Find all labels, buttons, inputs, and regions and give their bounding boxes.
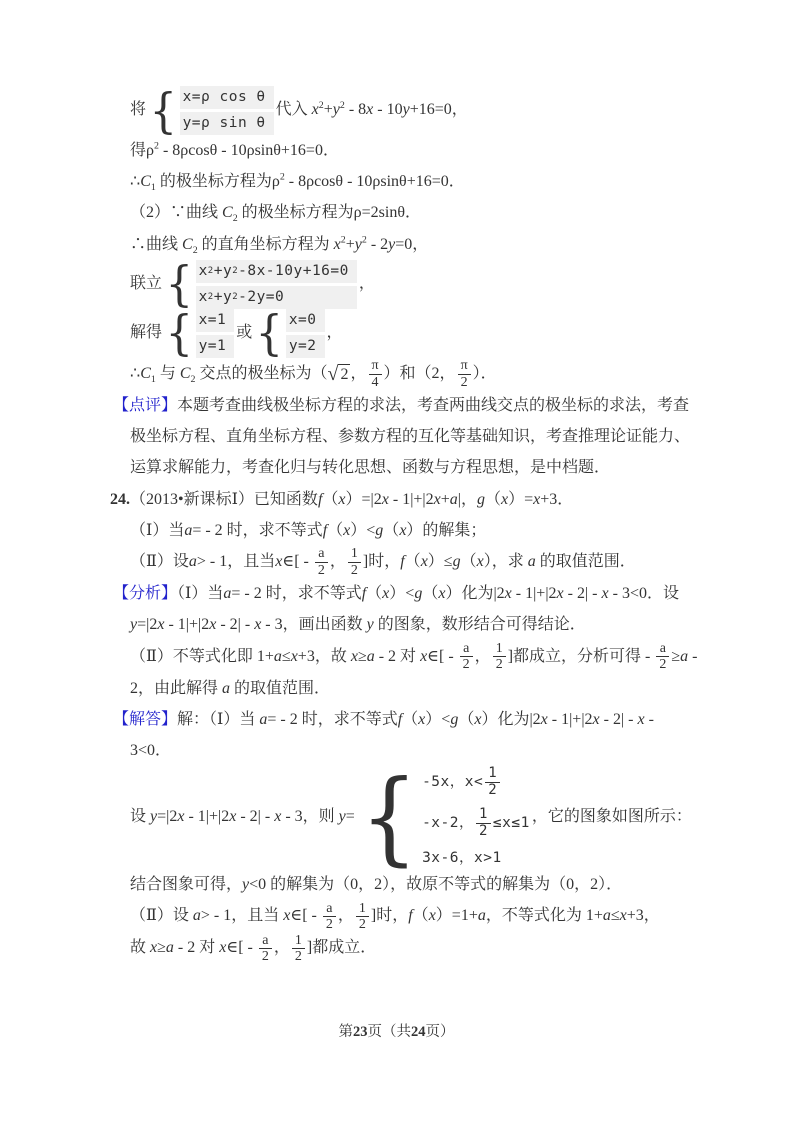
text-run: x=0 bbox=[289, 310, 317, 331]
text-run: = - 2 时，求不等式 bbox=[267, 711, 397, 728]
text-run: |， bbox=[458, 491, 477, 508]
text-run: ∴曲线 bbox=[130, 236, 182, 253]
text-run: y=ρ sin θ bbox=[183, 113, 266, 134]
fraction-denominator: 2 bbox=[656, 656, 669, 672]
text-run: +3， bbox=[627, 907, 660, 924]
system-rows: x=ρ cos θy=ρ sin θ bbox=[180, 86, 274, 135]
text-run: > - 1，且当 bbox=[197, 553, 275, 570]
text-run: ）化为|2 bbox=[445, 585, 504, 602]
text-run: ]时， bbox=[371, 907, 408, 924]
text-run: - 1|+|2 bbox=[548, 711, 593, 728]
line-rho-equation: 得ρ2 - 8ρcosθ - 10ρsinθ+16=0． bbox=[130, 135, 698, 166]
math-variable: a bbox=[478, 907, 486, 924]
text-run: 的极坐标方程为ρ bbox=[156, 173, 280, 190]
fraction: 12 bbox=[485, 766, 500, 798]
math-variable: a bbox=[680, 648, 688, 665]
text-run: - 8 bbox=[345, 101, 366, 118]
text-run: - 2| - bbox=[236, 808, 274, 825]
text-run: ∈[ - bbox=[290, 907, 321, 924]
line-problem-24: 24.（2013•新课标Ⅰ）已知函数f（x）=|2x - 1|+|2x+a|，g… bbox=[130, 484, 698, 515]
document-page: { "document": { "text_color": "#333333",… bbox=[0, 0, 793, 1122]
text-run: ≥ bbox=[358, 648, 367, 665]
brace-icon: { bbox=[150, 87, 177, 135]
text-run: - 2| - bbox=[216, 616, 254, 633]
math-variable: y bbox=[403, 101, 410, 118]
system-row: -x-2，12≤x≤1 bbox=[422, 807, 530, 839]
text-run: （ bbox=[422, 585, 438, 602]
text-run: （ bbox=[458, 711, 474, 728]
fraction: π4 bbox=[368, 358, 381, 390]
line-c2-rectangular: ∴曲线 C2 的直角坐标方程为 x2+y2 - 2y=0， bbox=[130, 229, 698, 260]
math-variable: a bbox=[166, 939, 174, 956]
text-run: - 1|+|2 bbox=[164, 616, 209, 633]
text-run: ，它的图象如图所示： bbox=[532, 808, 692, 825]
text-run: y=2 bbox=[289, 336, 317, 357]
text-run: - 8ρcosθ - 10ρsinθ+16=0． bbox=[285, 173, 465, 190]
math-variable: y bbox=[355, 236, 362, 253]
text-run: ， bbox=[350, 365, 366, 382]
system-rows: -5x，x<12-x-2，12≤x≤13x-6，x>1 bbox=[422, 766, 530, 869]
fraction-numerator: π bbox=[458, 358, 471, 373]
text-run: - 2 对 bbox=[375, 648, 420, 665]
text-run: 结合图象可得， bbox=[130, 876, 242, 893]
text-run: （ bbox=[405, 553, 421, 570]
system-row: y=ρ sin θ bbox=[180, 112, 274, 135]
line-question-2: （Ⅱ）设a> - 1，且当x∈[ - a2，12]时，f（x）≤g（x），求 a… bbox=[130, 546, 698, 578]
text-run: ）< bbox=[350, 522, 375, 539]
fraction-denominator: 2 bbox=[323, 916, 336, 932]
text-run: ≤ bbox=[611, 907, 620, 924]
fraction: 12 bbox=[348, 546, 361, 578]
text-run: - 1|+|2 bbox=[389, 491, 434, 508]
text-run: ≥ bbox=[671, 648, 680, 665]
text-run: - 3，则 bbox=[281, 808, 338, 825]
footer-text: 页） bbox=[426, 1024, 455, 1040]
system-row: y=2 bbox=[286, 335, 325, 358]
fraction-denominator: 2 bbox=[315, 562, 328, 578]
fraction-denominator: 2 bbox=[292, 948, 305, 964]
text-run: ， bbox=[359, 275, 375, 292]
math-variable: g bbox=[453, 553, 461, 570]
fraction-numerator: 1 bbox=[493, 641, 506, 656]
math-variable: a bbox=[450, 491, 458, 508]
system-row: x=ρ cos θ bbox=[180, 86, 274, 109]
text-run: =|2 bbox=[157, 808, 177, 825]
text-run: ）化为|2 bbox=[481, 711, 540, 728]
text-run: ， bbox=[327, 324, 343, 341]
fraction-numerator: a bbox=[460, 641, 472, 656]
line-piecewise-function: 设 y=|2x - 1|+|2x - 2| - x - 3，则 y={-5x，x… bbox=[130, 766, 698, 869]
text-run: + bbox=[346, 236, 355, 253]
text-run: -8x-10y+16=0 bbox=[238, 261, 349, 282]
footer-page-number: 23 bbox=[353, 1024, 368, 1040]
math-variable: g bbox=[477, 491, 485, 508]
math-variable: a bbox=[274, 648, 282, 665]
text-run: 的图象，数形结合可得结论． bbox=[374, 616, 586, 633]
fraction-numerator: a bbox=[323, 901, 335, 916]
text-run: 解得 bbox=[130, 324, 162, 341]
text-run: ）< bbox=[389, 585, 414, 602]
text-run: + bbox=[441, 491, 450, 508]
brace-icon: { bbox=[256, 309, 283, 357]
text-run: ， bbox=[274, 939, 290, 956]
text-run: =0， bbox=[395, 236, 428, 253]
equation-system: {-5x，x<12-x-2，12≤x≤13x-6，x>1 bbox=[357, 766, 530, 869]
text-run: = bbox=[346, 808, 355, 825]
math-variable: x bbox=[541, 711, 548, 728]
math-variable: x bbox=[593, 711, 600, 728]
text-run: （ bbox=[485, 491, 501, 508]
para-analysis-1: 【分析】（Ⅰ）当a= - 2 时，求不等式f（x）<g（x）化为|2x - 1|… bbox=[130, 578, 698, 640]
line-substitution: 将{x=ρ cos θy=ρ sin θ代入 x2+y2 - 8x - 10y+… bbox=[130, 86, 698, 135]
radical-icon: √ bbox=[327, 364, 338, 385]
text-run: 得ρ bbox=[130, 142, 154, 159]
fraction: 12 bbox=[292, 933, 305, 965]
fraction-numerator: π bbox=[368, 358, 381, 373]
text-run: -x-2， bbox=[422, 813, 474, 834]
section-tag: 【分析】 bbox=[113, 585, 177, 602]
text-run: - 8ρcosθ - 10ρsinθ+16=0． bbox=[159, 142, 339, 159]
line-simultaneous-system: 联立{x2+y2-8x-10y+16=0x2+y2-2y=0， bbox=[130, 260, 698, 309]
text-run: 设 bbox=[130, 808, 150, 825]
fraction-denominator: 2 bbox=[485, 782, 500, 798]
text-run: （ bbox=[413, 907, 429, 924]
math-variable: a bbox=[222, 680, 230, 697]
text-run: ≤ bbox=[282, 648, 291, 665]
text-run: ∴ bbox=[130, 365, 140, 382]
text-run: ]都成立，分析可得 - bbox=[508, 648, 655, 665]
text-run: x bbox=[199, 287, 208, 308]
text-run: ）≤ bbox=[428, 553, 453, 570]
text-run: <0 的解集为（0，2），故原不等式的解集为（0，2）． bbox=[249, 876, 622, 893]
math-variable: C bbox=[140, 173, 151, 190]
text-run: - 2| - bbox=[600, 711, 638, 728]
text-run: = - 2 时，求不等式 bbox=[231, 585, 361, 602]
text-run: （ bbox=[461, 553, 477, 570]
math-variable: x bbox=[429, 907, 436, 924]
text-run: +y bbox=[214, 261, 232, 282]
system-row: x=0 bbox=[286, 309, 325, 332]
math-variable: y bbox=[367, 616, 374, 633]
equation-system: {x=1y=1 bbox=[164, 309, 234, 358]
fraction-numerator: a bbox=[259, 933, 271, 948]
math-variable: x bbox=[312, 101, 319, 118]
text-run: ）的解集； bbox=[406, 522, 486, 539]
math-variable: a bbox=[367, 648, 375, 665]
line-solutions: 解得{x=1y=1或{x=0y=2， bbox=[130, 309, 698, 358]
math-variable: x bbox=[620, 907, 627, 924]
system-row: 3x-6，x>1 bbox=[422, 848, 530, 869]
fraction: a2 bbox=[315, 546, 328, 578]
text-run: - 2| - bbox=[564, 585, 602, 602]
text-run: > - 1，且当 bbox=[201, 907, 283, 924]
fraction-numerator: 1 bbox=[348, 546, 361, 561]
text-run: - 3，画出函数 bbox=[261, 616, 366, 633]
equation-system: {x2+y2-8x-10y+16=0x2+y2-2y=0 bbox=[164, 260, 357, 309]
text-run: 与 bbox=[156, 365, 180, 382]
text-run: 的直角坐标方程为 bbox=[198, 236, 334, 253]
fraction: 12 bbox=[493, 641, 506, 673]
footer-page-number: 24 bbox=[411, 1024, 426, 1040]
text-run: + bbox=[324, 101, 333, 118]
math-variable: x bbox=[434, 491, 441, 508]
text-run: 解：（Ⅰ）当 bbox=[177, 711, 259, 728]
text-run: ∈[ - bbox=[427, 648, 458, 665]
text-run: ∴ bbox=[130, 173, 140, 190]
text-run: ）和（2， bbox=[384, 365, 456, 382]
math-variable: x bbox=[638, 711, 645, 728]
fraction-denominator: 2 bbox=[460, 656, 473, 672]
square-root: √2 bbox=[327, 364, 350, 385]
line-c1-polar-equation: ∴C1 的极坐标方程为ρ2 - 8ρcosθ - 10ρsinθ+16=0． bbox=[130, 166, 698, 197]
text-run: ， bbox=[330, 553, 346, 570]
bold-text: 24. bbox=[110, 491, 130, 508]
fraction: 12 bbox=[356, 901, 369, 933]
text-run: （ bbox=[383, 522, 399, 539]
math-variable: C bbox=[182, 236, 193, 253]
fraction-denominator: 2 bbox=[348, 562, 361, 578]
text-run: = - 2 时，求不等式 bbox=[192, 522, 322, 539]
equation-system: {x=ρ cos θy=ρ sin θ bbox=[148, 86, 274, 135]
math-variable: C bbox=[180, 365, 191, 382]
footer-text: 页（共 bbox=[368, 1024, 412, 1040]
text-run: 的取值范围． bbox=[230, 680, 330, 697]
text-run: （Ⅰ）当 bbox=[130, 522, 184, 539]
line-intersection-polar-coords: ∴C1 与 C2 交点的极坐标为（√2，π4）和（2，π2）． bbox=[130, 358, 698, 390]
text-run: +16=0， bbox=[410, 101, 468, 118]
text-run: ）< bbox=[425, 711, 450, 728]
system-row: x=1 bbox=[196, 309, 235, 332]
brace-icon: { bbox=[166, 309, 193, 357]
math-variable: x bbox=[334, 236, 341, 253]
system-row: y=1 bbox=[196, 335, 235, 358]
math-variable: x bbox=[421, 553, 428, 570]
fraction-denominator: 2 bbox=[259, 948, 272, 964]
footer-text: 第 bbox=[339, 1024, 354, 1040]
text-run: - 10 bbox=[373, 101, 402, 118]
text-run: ]时， bbox=[363, 553, 400, 570]
text-run: （Ⅱ）设 bbox=[130, 553, 189, 570]
text-run: ）=1+ bbox=[436, 907, 478, 924]
fraction-denominator: 2 bbox=[458, 374, 471, 390]
fraction-denominator: 2 bbox=[493, 656, 506, 672]
text-run: ，不等式化为 1+ bbox=[486, 907, 603, 924]
fraction-numerator: 1 bbox=[485, 766, 500, 781]
math-variable: x bbox=[557, 585, 564, 602]
page-footer: 第23页（共24页） bbox=[0, 1020, 793, 1041]
fraction: a2 bbox=[656, 641, 669, 673]
text-run: （ bbox=[366, 585, 382, 602]
para-answer-1: 【解答】解：（Ⅰ）当 a= - 2 时，求不等式f（x）<g（x）化为|2x -… bbox=[130, 704, 698, 766]
text-run: 的极坐标方程为ρ=2sinθ． bbox=[238, 204, 421, 221]
system-row: -5x，x<12 bbox=[422, 766, 530, 798]
fraction-numerator: a bbox=[315, 546, 327, 561]
fraction-denominator: 2 bbox=[356, 916, 369, 932]
text-run: 联立 bbox=[130, 275, 162, 292]
math-variable: C bbox=[222, 204, 233, 221]
text-run: ， bbox=[338, 907, 354, 924]
para-answer-2: （Ⅱ）设 a> - 1，且当 x∈[ - a2，12]时，f（x）=1+a，不等… bbox=[130, 900, 698, 932]
system-rows: x2+y2-8x-10y+16=0x2+y2-2y=0 bbox=[196, 260, 357, 309]
text-run: ]都成立． bbox=[307, 939, 376, 956]
document-content: 将{x=ρ cos θy=ρ sin θ代入 x2+y2 - 8x - 10y+… bbox=[0, 0, 793, 965]
text-run: （2）∵曲线 bbox=[130, 204, 222, 221]
math-variable: C bbox=[140, 365, 151, 382]
math-variable: y bbox=[339, 808, 346, 825]
text-run: ）． bbox=[473, 365, 497, 382]
system-rows: x=1y=1 bbox=[196, 309, 235, 358]
text-run: ∈[ - bbox=[282, 553, 313, 570]
math-variable: y bbox=[333, 101, 340, 118]
text-run: +y bbox=[214, 287, 232, 308]
math-variable: x bbox=[338, 491, 345, 508]
text-run: x bbox=[199, 261, 208, 282]
fraction-denominator: 4 bbox=[369, 374, 382, 390]
fraction: π2 bbox=[458, 358, 471, 390]
math-variable: x bbox=[382, 491, 389, 508]
section-tag: 【解答】 bbox=[113, 711, 177, 728]
text-run: +3． bbox=[540, 491, 573, 508]
text-run: （ bbox=[402, 711, 418, 728]
fraction-numerator: 1 bbox=[476, 807, 491, 822]
text-run: -5x，x< bbox=[422, 772, 483, 793]
fraction: 12 bbox=[476, 807, 491, 839]
text-run: 将 bbox=[130, 101, 146, 118]
math-variable: a bbox=[189, 553, 197, 570]
text-run: （ bbox=[327, 522, 343, 539]
fraction-numerator: 1 bbox=[356, 901, 369, 916]
line-question-1: （Ⅰ）当a= - 2 时，求不等式f（x）<g（x）的解集； bbox=[130, 515, 698, 546]
math-variable: a bbox=[528, 553, 536, 570]
fraction: a2 bbox=[460, 641, 473, 673]
text-run: 3x-6，x>1 bbox=[422, 848, 502, 869]
text-run: - 1|+|2 bbox=[184, 808, 229, 825]
brace-icon: { bbox=[166, 260, 193, 308]
equation-system: {x=0y=2 bbox=[254, 309, 324, 358]
text-run: ），求 bbox=[484, 553, 528, 570]
fraction: a2 bbox=[323, 901, 336, 933]
para-comment: 【点评】本题考查曲线极坐标方程的求法，考查两曲线交点的极坐标的求法，考查极坐标方… bbox=[130, 390, 698, 484]
text-run: x=1 bbox=[199, 310, 227, 331]
math-variable: a bbox=[603, 907, 611, 924]
text-run: =|2 bbox=[137, 616, 157, 633]
text-run: y=1 bbox=[199, 336, 227, 357]
text-run: ≤x≤1 bbox=[493, 813, 530, 834]
math-variable: x bbox=[291, 648, 298, 665]
text-run: （Ⅱ）不等式化即 1+ bbox=[130, 648, 274, 665]
line-part2-c2-polar: （2）∵曲线 C2 的极坐标方程为ρ=2sinθ． bbox=[130, 197, 698, 228]
text-run: （Ⅰ）当 bbox=[177, 585, 223, 602]
text-run: 交点的极坐标为（ bbox=[195, 365, 327, 382]
brace-icon: { bbox=[360, 767, 418, 868]
text-run: ）= bbox=[508, 491, 533, 508]
text-run: ≥ bbox=[157, 939, 166, 956]
para-analysis-2: （Ⅱ）不等式化即 1+a≤x+3，故 x≥a - 2 对 x∈[ - a2，12… bbox=[130, 641, 698, 704]
line-holds-for-all: 故 x≥a - 2 对 x∈[ - a2，12]都成立． bbox=[130, 932, 698, 964]
system-row: x2+y2-8x-10y+16=0 bbox=[196, 260, 357, 283]
system-rows: x=0y=2 bbox=[286, 309, 325, 358]
math-variable: x bbox=[351, 648, 358, 665]
text-run: （ bbox=[322, 491, 338, 508]
text-run: x=ρ cos θ bbox=[183, 87, 266, 108]
fraction-numerator: a bbox=[657, 641, 669, 656]
text-run: 故 bbox=[130, 939, 150, 956]
text-run: ， bbox=[475, 648, 491, 665]
math-variable: x bbox=[477, 553, 484, 570]
text-run: 的取值范围． bbox=[536, 553, 636, 570]
math-variable: x bbox=[602, 585, 609, 602]
text-run: （Ⅱ）设 bbox=[130, 907, 193, 924]
text-run: ∈[ - bbox=[226, 939, 257, 956]
math-variable: a bbox=[193, 907, 201, 924]
fraction-numerator: 1 bbox=[292, 933, 305, 948]
math-variable: x bbox=[505, 585, 512, 602]
section-tag: 【点评】 bbox=[113, 397, 177, 414]
text-run: - 1|+|2 bbox=[512, 585, 557, 602]
text-run: （2013•新课标Ⅰ）已知函数 bbox=[130, 491, 318, 508]
radicand: 2 bbox=[338, 364, 350, 385]
text-run: - 3<0．设 bbox=[609, 585, 679, 602]
fraction: a2 bbox=[259, 933, 272, 965]
text-run: ）=|2 bbox=[346, 491, 382, 508]
fraction-denominator: 2 bbox=[476, 823, 491, 839]
text-run: - 2 对 bbox=[174, 939, 219, 956]
text-run: +3，故 bbox=[298, 648, 351, 665]
text-run: - 2 bbox=[367, 236, 388, 253]
text-run: 代入 bbox=[276, 101, 312, 118]
text-run: 本题考查曲线极坐标方程的求法，考查两曲线交点的极坐标的求法，考查极坐标方程、直角… bbox=[130, 397, 690, 476]
text-run: 或 bbox=[236, 324, 252, 341]
